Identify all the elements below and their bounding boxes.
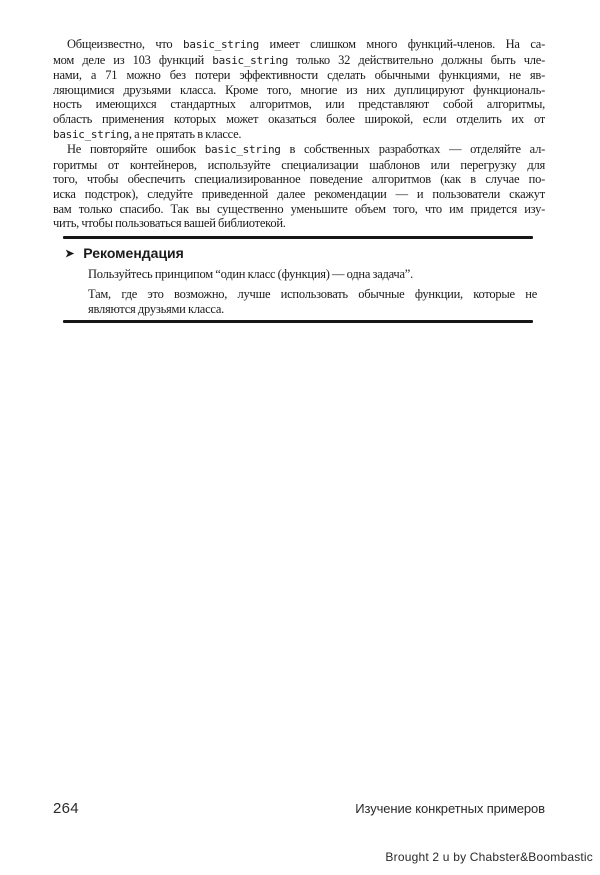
text-line: Общеизвестно, что basic_string имеет сли… [53,37,545,53]
text-line: нами, а 71 можно без потери эффективност… [53,68,545,83]
running-title: Изучение конкретных примеров [355,801,545,816]
recommendation-item: Пользуйтесь принципом “один класс (функц… [88,267,537,282]
recommendation-body: Пользуйтесь принципом “один класс (функц… [88,267,537,317]
inline-code: basic_string [183,38,259,51]
text-line: Не повторяйте ошибок basic_string в собс… [53,142,545,158]
text-line: являются друзьями класса. [88,302,537,317]
text-line: Пользуйтесь принципом “один класс (функц… [88,267,537,282]
recommendation-item: Там, где это возможно, лучше использоват… [88,287,537,316]
text-line: горитмы от контейнеров, используйте спец… [53,158,545,173]
paragraph-1: Общеизвестно, что basic_string имеет сли… [53,37,545,142]
recommendation-title: Рекомендация [83,245,184,261]
text-line: иска подстрок), следуйте приведенной дал… [53,187,545,202]
text-line: ность имеющихся стандартных алгоритмов, … [53,97,545,112]
text-line: того, чтобы обеспечить специализированно… [53,172,545,187]
credit-line: Brought 2 u by Chabster&Boombastic [385,850,593,864]
rule-top [63,236,533,239]
text-line: область применения которых может оказать… [53,112,545,127]
book-page: Общеизвестно, что basic_string имеет сли… [0,0,600,875]
text-line: мом деле из 103 функций basic_string тол… [53,53,545,69]
text-line: basic_string, а не прятать в классе. [53,127,545,143]
page-footer: 264 Изучение конкретных примеров [53,800,545,817]
inline-code: basic_string [53,128,129,141]
inline-code: basic_string [212,54,288,67]
paragraph-2: Не повторяйте ошибок basic_string в собс… [53,142,545,231]
text-line: чить, чтобы пользоваться вашей библиотек… [53,216,545,231]
rule-bottom [63,320,533,323]
recommendation-heading: ➤Рекомендация [65,245,545,262]
text-line: Там, где это возможно, лучше использоват… [88,287,537,302]
page-number: 264 [53,800,79,817]
arrowhead-icon: ➤ [65,248,74,260]
inline-code: basic_string [205,143,281,156]
recommendation-box: ➤Рекомендация Пользуйтесь принципом “оди… [53,236,545,323]
text-line: вам только спасибо. Так вы существенно у… [53,202,545,217]
text-line: ляющимися друзьями класса. Кроме того, м… [53,83,545,98]
page-content: Общеизвестно, что basic_string имеет сли… [53,37,545,323]
